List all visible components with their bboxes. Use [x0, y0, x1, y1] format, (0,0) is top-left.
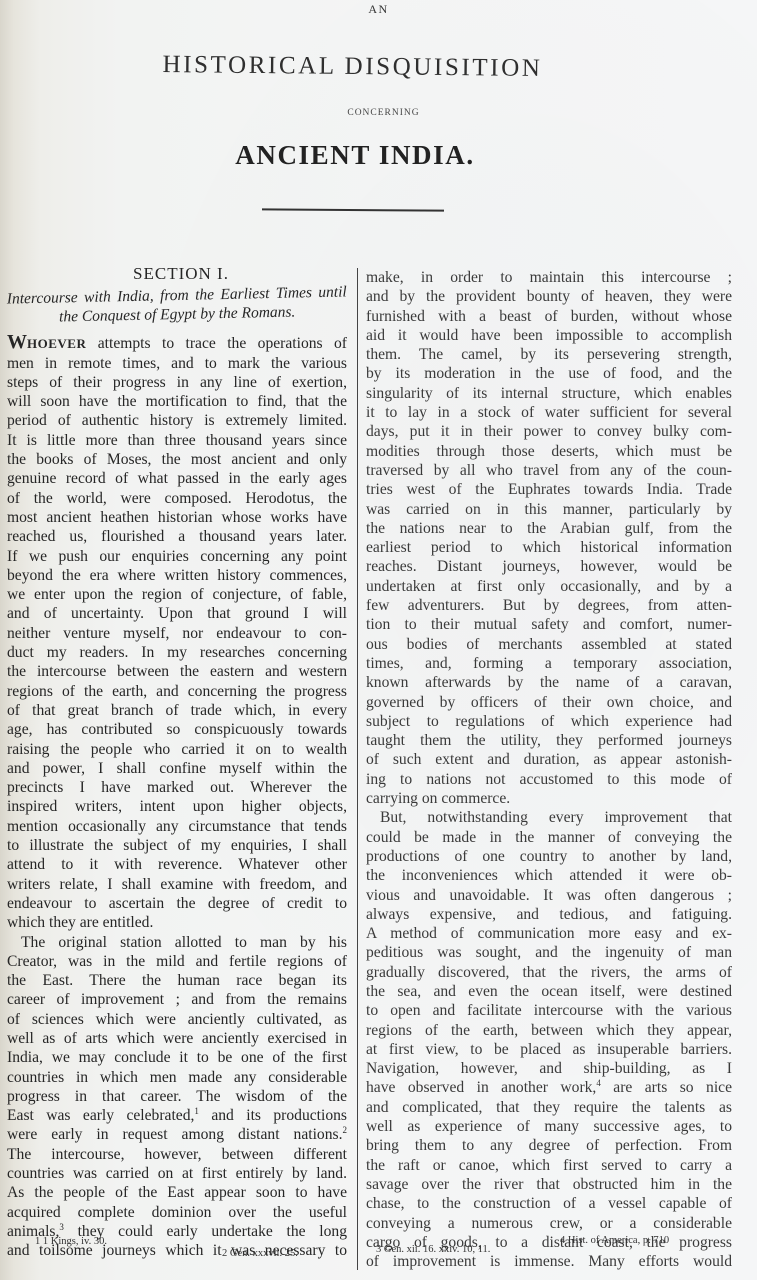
text-line: could be made in the manner of conveying…	[366, 828, 732, 847]
text-line: ous bodies of merchants assembled at sta…	[366, 635, 732, 654]
text-line: career of improvement ; and from the rem…	[7, 990, 347, 1009]
text-line: we enter upon the region of conjecture, …	[7, 585, 347, 604]
text-line: of the world, were composed. Herodotus, …	[7, 489, 347, 508]
text-line: ing to nations not accustomed to this mo…	[366, 770, 732, 789]
footnote-4: 4 Hist. of America, p. 710	[560, 1235, 669, 1246]
text-line: the nations near to the Arabian gulf, fr…	[366, 519, 732, 538]
text-line: regions of the earth, and concerning the…	[7, 682, 347, 701]
text-line: governed by officers of their own choice…	[366, 693, 732, 712]
text-line: genuine record of what passed in the ear…	[7, 469, 347, 488]
right-column: make, in order to maintain this intercou…	[366, 268, 732, 1271]
text-line-paragraph-start: But, notwithstanding every improvement t…	[366, 808, 732, 827]
text-line-paragraph-start: The original station allotted to man by …	[7, 933, 347, 952]
text-line: progress in that career. The wisdom of t…	[7, 1087, 347, 1106]
text-line: tries west of the Euphrates towards Indi…	[366, 480, 732, 499]
text-line-paragraph-end: carrying on commerce.	[366, 789, 732, 808]
text-line: well as of arts which were anciently exe…	[7, 1029, 347, 1048]
text-line: beyond the era where written history com…	[7, 566, 347, 585]
text-line: undertaken at first only occasionally, a…	[366, 577, 732, 596]
text-line: of sciences which were anciently cultiva…	[7, 1010, 347, 1029]
text-line: days, put it in their power to convey bu…	[366, 422, 732, 441]
text-line: inspired writers, intent upon higher obj…	[7, 797, 347, 816]
text-line: men in remote times, and to mark the var…	[7, 354, 347, 373]
footnote-2: 2 Gen. xxxvii. 25.	[222, 1248, 298, 1259]
text-line: of that great branch of trade which, in …	[7, 701, 347, 720]
initial-letter: W	[7, 331, 27, 353]
text-line: regions of the earth, between which they…	[366, 1021, 732, 1040]
text-line: peditious was sought, and the ingenuity …	[366, 943, 732, 962]
text-line: at first view, to be placed as insuperab…	[366, 1040, 732, 1059]
title-article: AN	[0, 2, 757, 17]
text-line: have observed in another work,4 are arts…	[366, 1078, 732, 1097]
text-line: reached us, flourished a thousand years …	[7, 527, 347, 546]
title-concerning: CONCERNING	[0, 108, 757, 118]
text-line: If we push our enquiries concerning any …	[7, 547, 347, 566]
text-line: conveying a numerous crew, or a consider…	[366, 1214, 732, 1233]
text-line: furnished with a beast of burden, withou…	[366, 307, 732, 326]
text-line: age, has contributed so conspicuously to…	[7, 720, 347, 739]
text-line: was carried on in this manner, particula…	[366, 500, 732, 519]
text-line: subject to regulations of which experien…	[366, 712, 732, 731]
text-line: It is little more than three thousand ye…	[7, 431, 347, 450]
text-line: countries was carried on at first entire…	[7, 1164, 347, 1183]
text-line: and of uncertainty. Upon that ground I w…	[7, 604, 347, 623]
text-line: reaches. Distant journeys, however, woul…	[366, 557, 732, 576]
text-line: to illustrate the subject of my enquirie…	[7, 836, 347, 855]
text-line: vious and unavoidable. It was often dang…	[366, 886, 732, 905]
text-line: precincts I have marked out. Wherever th…	[7, 778, 347, 797]
text-line: times, and, forming a temporary associat…	[366, 654, 732, 673]
text-line: East was early celebrated,1 and its prod…	[7, 1106, 347, 1125]
footnote-ref-2[interactable]: 2	[343, 1125, 348, 1135]
text-line: make, in order to maintain this intercou…	[366, 268, 732, 287]
text-line: Creator, was in the mild and fertile reg…	[7, 952, 347, 971]
text-line: by its moderation in the use of food, an…	[366, 364, 732, 383]
title-rule-divider	[262, 208, 444, 211]
text-line: The intercourse, however, between differ…	[7, 1145, 347, 1164]
text-line: India, we may conclude it to be one of t…	[7, 1048, 347, 1067]
left-column: SECTION I. Intercourse with India, from …	[7, 264, 347, 1261]
text-line: it to lay in a stock of water sufficient…	[366, 403, 732, 422]
text-line: acquired complete dominion over the usef…	[7, 1203, 347, 1222]
text-line: to open and facilitate intercourse with …	[366, 1001, 732, 1020]
text-line: earliest period to which historical info…	[366, 538, 732, 557]
first-word-small-caps: HOEVER	[27, 336, 86, 351]
text-line: bring them to any degree of perfection. …	[366, 1136, 732, 1155]
text-line: the books of Moses, the most ancient and…	[7, 450, 347, 469]
text-line: tion to their mutual safety and comfort,…	[366, 615, 732, 634]
text-line: the intercourse between the eastern and …	[7, 662, 347, 681]
text-line: traversed by all who travel from any of …	[366, 461, 732, 480]
text-line: them. The camel, by its persevering stre…	[366, 345, 732, 364]
text-line: modities through those deserts, which mu…	[366, 442, 732, 461]
text-line: singularity of its internal structure, w…	[366, 384, 732, 403]
text-line: productions of one country to another by…	[366, 847, 732, 866]
text-line: aid it would have been impossible to acc…	[366, 326, 732, 345]
text-line: raising the people who carried it on to …	[7, 740, 347, 759]
text-line: steps of their progress in any line of e…	[7, 373, 347, 392]
text-line-paragraph-end: which they are entitled.	[7, 913, 347, 932]
section-heading: SECTION I.	[7, 264, 347, 283]
text-line: As the people of the East appear soon to…	[7, 1183, 347, 1202]
title-main: HISTORICAL DISQUISITION	[140, 51, 565, 83]
text-line: A method of communication more easy and …	[366, 924, 732, 943]
footnote-3: 3 Gen. xii. 16. xxiv. 10, 11.	[376, 1244, 490, 1255]
text-line: neither venture myself, nor endeavour to…	[7, 624, 347, 643]
text-line: the raft or canoe, which first served to…	[366, 1156, 732, 1175]
text-line: known afterwards by the name of a carava…	[366, 673, 732, 692]
text-line: of such extent and duration, as appear a…	[366, 750, 732, 769]
text-line: writers relate, I shall examine with fre…	[7, 875, 347, 894]
text-line: and by the provident bounty of heaven, t…	[366, 287, 732, 306]
text-line: endeavour to ascertain the degree of cre…	[7, 894, 347, 913]
text-line: gradually discovered, that the rivers, t…	[366, 963, 732, 982]
text-line: of improvement is immense. Many efforts …	[366, 1252, 732, 1271]
text-line: and power, I shall confine myself within…	[7, 759, 347, 778]
section-subtitle: Intercourse with India, from the Earlies…	[7, 283, 348, 328]
text-line: most ancient heathen historian whose wor…	[7, 508, 347, 527]
footnote-1: 1 1 Kings, iv. 30.	[35, 1236, 107, 1247]
text-line: the sea, and even the ocean itself, were…	[366, 982, 732, 1001]
text-line: few adventurers. But by degrees, from at…	[366, 596, 732, 615]
text-line: mention occasionally any circumstance th…	[7, 817, 347, 836]
text-line-first: WHOEVER attempts to trace the operations…	[7, 333, 347, 353]
text-line: taught them the utility, they performed …	[366, 731, 732, 750]
text-line: the East. There the human race began its	[7, 971, 347, 990]
column-divider	[357, 268, 358, 1270]
text-line: and complicated, that they require the t…	[366, 1098, 732, 1117]
text-line: countries in which men made any consider…	[7, 1068, 347, 1087]
text-line: Navigation, however, and ship-building, …	[366, 1059, 732, 1078]
text-line: always expensive, and tedious, and fatig…	[366, 905, 732, 924]
title-subject: ANCIENT INDIA.	[205, 140, 505, 171]
text-line: well as experience of many successive ag…	[366, 1117, 732, 1136]
text-line: chase, to the construction of a vessel c…	[366, 1194, 732, 1213]
text-line: savage over the river that obstructed hi…	[366, 1175, 732, 1194]
text-line: will soon have the mortification to find…	[7, 392, 347, 411]
text-line: period of authentic history is extremely…	[7, 411, 347, 430]
text-line: duct my readers. In my researches concer…	[7, 643, 347, 662]
text-line: were early in request among distant nati…	[7, 1125, 347, 1144]
text-line: the inconveniences which attended it wer…	[366, 866, 732, 885]
text-line: attend to it with reverence. Whatever ot…	[7, 855, 347, 874]
